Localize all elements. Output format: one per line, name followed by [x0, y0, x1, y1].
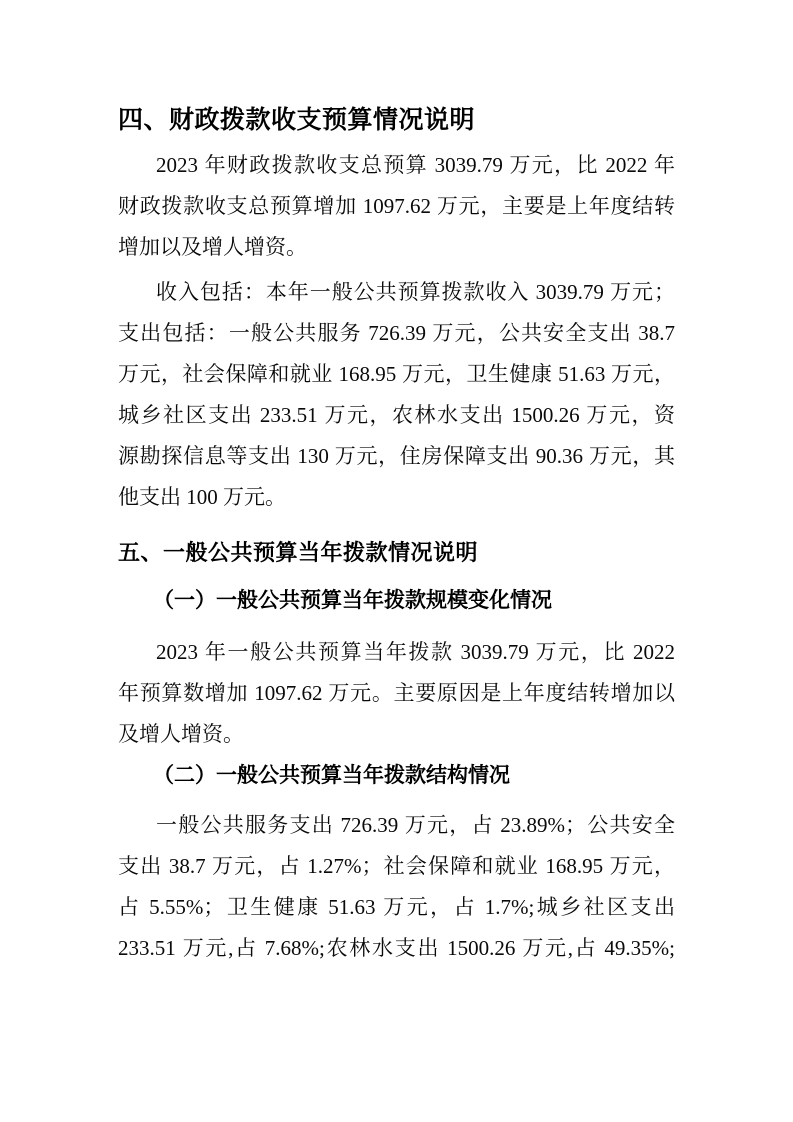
paragraph-line: 一般公共服务支出 726.39 万元，占 23.89%；公共安全	[118, 805, 675, 846]
paragraph-income-expenditure: 收入包括：本年一般公共预算拨款收入 3039.79 万元； 支出包括：一般公共服…	[118, 272, 675, 518]
paragraph-line: 源勘探信息等支出 130 万元，住房保障支出 90.36 万元，其	[118, 436, 675, 477]
paragraph-line: 他支出 100 万元。	[118, 477, 675, 518]
paragraph-scale-change: 2023 年一般公共预算当年拨款 3039.79 万元，比 2022 年预算数增…	[118, 632, 675, 755]
paragraph-line: 及增人增资。	[118, 714, 675, 755]
subsection-heading-scale-change: （一）一般公共预算当年拨款规模变化情况	[118, 580, 675, 621]
paragraph-line: 增加以及增人增资。	[118, 227, 675, 268]
subsection-heading-structure: （二）一般公共预算当年拨款结构情况	[118, 755, 675, 796]
paragraph-line: 占 5.55%；卫生健康 51.63 万元，占 1.7%;城乡社区支出	[118, 887, 675, 928]
document-content: 四、财政拨款收支预算情况说明 2023 年财政拨款收支总预算 3039.79 万…	[118, 100, 675, 969]
paragraph-structure: 一般公共服务支出 726.39 万元，占 23.89%；公共安全 支出 38.7…	[118, 805, 675, 969]
paragraph-line: 支出 38.7 万元，占 1.27%；社会保障和就业 168.95 万元，	[118, 846, 675, 887]
paragraph-line: 城乡社区支出 233.51 万元，农林水支出 1500.26 万元，资	[118, 395, 675, 436]
paragraph-line: 收入包括：本年一般公共预算拨款收入 3039.79 万元；	[118, 272, 675, 313]
paragraph-total-budget: 2023 年财政拨款收支总预算 3039.79 万元，比 2022 年 财政拨款…	[118, 145, 675, 268]
paragraph-line: 支出包括：一般公共服务 726.39 万元，公共安全支出 38.7	[118, 313, 675, 354]
paragraph-line: 2023 年一般公共预算当年拨款 3039.79 万元，比 2022	[118, 632, 675, 673]
paragraph-line: 2023 年财政拨款收支总预算 3039.79 万元，比 2022 年	[118, 145, 675, 186]
section-heading-fiscal-appropriation: 四、财政拨款收支预算情况说明	[118, 100, 675, 141]
section-heading-public-budget: 五、一般公共预算当年拨款情况说明	[118, 532, 675, 573]
paragraph-line: 233.51 万元,占 7.68%;农林水支出 1500.26 万元,占 49.…	[118, 928, 675, 969]
paragraph-line: 年预算数增加 1097.62 万元。主要原因是上年度结转增加以	[118, 673, 675, 714]
document-page: 四、财政拨款收支预算情况说明 2023 年财政拨款收支总预算 3039.79 万…	[0, 0, 793, 1122]
paragraph-line: 财政拨款收支总预算增加 1097.62 万元，主要是上年度结转	[118, 186, 675, 227]
paragraph-line: 万元，社会保障和就业 168.95 万元，卫生健康 51.63 万元，	[118, 354, 675, 395]
